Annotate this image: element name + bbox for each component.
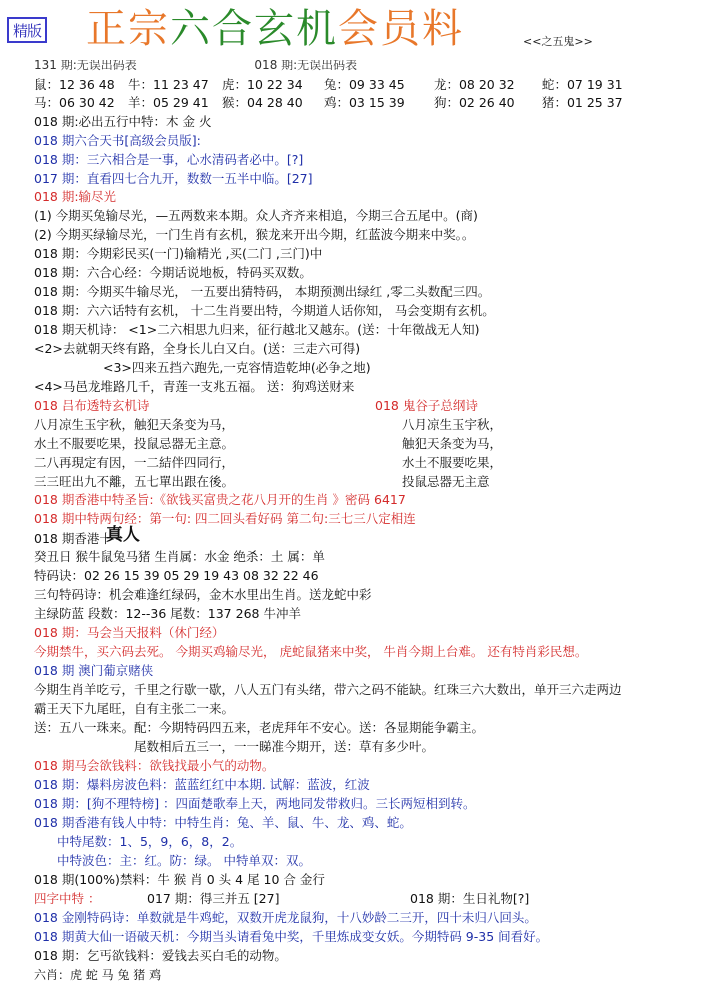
bose-line: 中特波色：主：红。防：绿。 中特单双：双。 <box>57 852 311 870</box>
edition-badge: 精版 <box>7 17 47 43</box>
lvbu-poem-2: 水土不服要吃果，投鼠忌器无主意。 <box>34 435 234 453</box>
header: 精版 正宗六合玄机会员料 <<之五鬼>> <box>0 0 702 60</box>
pujing-line-4: 尾数相后五三一，一一睇准今期开，送：草有多少叶。 <box>134 738 434 756</box>
mahui-body: 今期禁牛，买六码去死。 今期买鸡输尽光， 虎蛇鼠猪来中奖， 牛肖今期上台难。 还… <box>34 643 587 661</box>
wuxing-line: 018 期:必出五行中特：木 金 火 <box>34 113 212 131</box>
youqianren-line: 018 期香港有钱人中特：中特生肖：兔、羊、鼠、牛、龙、鸡、蛇。 <box>34 814 412 832</box>
pujing-line-2: 霸王天下九尾旺，自有主张二一来。 <box>34 700 234 718</box>
tianji-line-1: 018 期天机诗： <1>二六相思九归来，征行越北又越东。(送：十年徵战无人知) <box>34 321 479 339</box>
qigai-line: 018 期：乞丐欲钱料：爱钱去买白毛的动物。 <box>34 947 287 965</box>
table-header-left: 131 期:无误出码表 <box>34 60 137 72</box>
sizi-017: 017 期：得三并五 [27] <box>147 890 279 908</box>
liuxiao-line: 六肖：虎 蛇 马 兔 猪 鸡 <box>34 966 161 984</box>
shengzhi-line: 018 期香港中特圣旨:《欲钱买富贵之花八月开的生肖 》密码 6417 <box>34 491 406 509</box>
tianji-line-2: <2>去就朝天终有路，全身长儿白又白。(送：三走六可得) <box>34 340 360 358</box>
guiguzi-poem-1: 八月凉生玉宇秋， <box>402 416 502 434</box>
pujing-line-1: 今期生肖羊吃亏，千里之行歇一歇，八人五门有头绪，带六之码不能缺。红珠三六大数出，… <box>34 681 622 699</box>
tianshu-018: 018 期：三六相合是一事，心水清码者必中。[?] <box>34 151 303 169</box>
page-title: 正宗六合玄机会员料 <box>86 4 464 54</box>
table-header-right: 018 期:无误出码表 <box>254 60 357 72</box>
zodiac-cell: 猴：04 28 40 <box>222 94 320 112</box>
zodiac-cell: 马：06 30 42 <box>34 94 124 112</box>
huangdaxian-line: 018 期黄大仙一语破天机：今期当头请看兔中奖，千里炼成变女妖。今期特码 9-3… <box>34 928 548 946</box>
title-part-3: 会员料 <box>338 6 464 52</box>
zodiac-cell: 牛：11 23 47 <box>128 76 218 94</box>
yuqian-line: 018 期马会欲钱料：欲钱找最小气的动物。 <box>34 757 274 775</box>
tianshu-017: 017 期：直看四七合九开，数数一五半中临。[27] <box>34 170 313 188</box>
lvbu-title: 018 吕布透特玄机诗 <box>34 397 149 415</box>
guiguzi-poem-3: 水土不服要吃果， <box>402 454 502 472</box>
zodiac-cell: 虎：10 22 34 <box>222 76 320 94</box>
zodiac-cell: 兔：09 33 45 <box>324 76 430 94</box>
zodiac-cell: 蛇：07 19 31 <box>542 76 623 94</box>
tianji-line-3: <3>四来五挡六跑先,一克容情造乾坤(必争之地) <box>103 359 371 377</box>
shuqinguang-2: (2) 今期买绿输尽光，一门生肖有玄机，猴龙来开出今期，红蓝波今期来中奖。。 <box>34 226 474 244</box>
temajue-line: 特码诀：02 26 15 39 05 29 19 43 08 32 22 46 <box>34 567 319 585</box>
mahui-title: 018 期：马会当天报料（休门经） <box>34 624 224 642</box>
niu-line: 018 期：今期买牛输尽光， 一五要出猜特码， 本期预测出绿红 ,零二头数配三四… <box>34 283 490 301</box>
guiguzi-title: 018 鬼谷子总纲诗 <box>375 397 478 415</box>
zhenren-overlay: 真人 <box>106 525 140 545</box>
liuliu-line: 018 期：六六话特有玄机， 十二生肖要出特，今期道人话你知， 马会变期有玄机。 <box>34 302 495 320</box>
tianji-line-4: <4>马邑龙堆路几千，青莲一支兆五福。 送：狗鸡送财来 <box>34 378 354 396</box>
guiguzi-poem-2: 触犯天条变为马， <box>402 435 502 453</box>
table-header: 131 期:无误出码表 018 期:无误出码表 <box>34 60 357 73</box>
guiguzi-poem-4: 投鼠忌器无主意 <box>402 473 490 491</box>
jingang-line: 018 金刚特码诗：单数就是牛鸡蛇，双数开虎龙鼠狗，十八妙龄二三开，四十未归八回… <box>34 909 537 927</box>
zodiac-cell: 狗：02 26 40 <box>434 94 538 112</box>
xinjing-line: 018 期：六合心经：今期话说地板，特码买双数。 <box>34 264 312 282</box>
zodiac-cell: 羊：05 29 41 <box>128 94 218 112</box>
lvbu-poem-1: 八月凉生玉宇秋，触犯天条变为马， <box>34 416 234 434</box>
jinliao-line: 018 期(100%)禁料：牛 猴 肖 0 头 4 尾 10 合 金行 <box>34 871 325 889</box>
zodiac-cell: 猪：01 25 37 <box>542 94 623 112</box>
zhulv-line: 主绿防蓝 段数：12--36 尾数：137 268 牛冲羊 <box>34 605 301 623</box>
zodiac-row-1: 鼠：12 36 48 牛：11 23 47 虎：10 22 34 兔：09 33… <box>34 76 623 94</box>
sizi-018: 018 期：生日礼物[?] <box>410 890 529 908</box>
tianshu-title: 018 期六合天书[高级会员版]: <box>34 132 201 150</box>
shuqinguang-title: 018 期:输尽光 <box>34 188 116 206</box>
sanju-line: 三句特码诗：机会难逢红绿码，金木水里出生肖。送龙蛇中彩 <box>34 586 372 604</box>
caimin-line: 018 期：今期彩民买(一门)输精光 ,买(二门 ,三门)中 <box>34 245 322 263</box>
pujing-title: 018 期 澳门葡京赌侠 <box>34 662 153 680</box>
zhenren-line: 018 期香港十真人 <box>34 529 146 548</box>
zodiac-cell: 龙：08 20 32 <box>434 76 538 94</box>
zodiac-cell: 鼠：12 36 48 <box>34 76 124 94</box>
lvbu-poem-4: 三三旺出九不離，五七單出跟在後。 <box>34 473 234 491</box>
zodiac-row-2: 马：06 30 42 羊：05 29 41 猴：04 28 40 鸡：03 15… <box>34 94 623 112</box>
subtitle: <<之五鬼>> <box>523 33 593 49</box>
pujing-line-3: 送：五八一珠来。配：今期特码四五来，老虎拜年不安心。送：各显期能争霸主。 <box>34 719 484 737</box>
shuqinguang-1: (1) 今期买兔输尽光，—五两数来本期。众人齐齐来相追，今期三合五尾中。(商) <box>34 207 478 225</box>
baoliao-line: 018 期：爆料房波色料：蓝蓝红红中本期. 试解：蓝波，红波 <box>34 776 370 794</box>
liangju-line: 018 期中特两句经：第一句: 四二回头看好码 第二句:三七三八定相连 <box>34 510 416 528</box>
sizi-line: 四字中特 ： 017 期：得三并五 [27] 018 期：生日礼物[?] <box>34 890 100 908</box>
weishu-line: 中特尾数：1、5，9，6，8，2。 <box>57 833 242 851</box>
title-part-1: 正宗 <box>86 6 170 52</box>
title-part-2: 六合玄机 <box>170 6 338 52</box>
goubuli-line: 018 期：[狗不理特榜] ：四面楚歌奉上天，两地同发带救归。三长两短相到转。 <box>34 795 476 813</box>
zodiac-cell: 鸡：03 15 39 <box>324 94 430 112</box>
lvbu-poem-3: 二八再現定有因，一二結伴四同行， <box>34 454 234 472</box>
sizi-label: 四字中特 ： <box>34 891 100 906</box>
guichou-line: 癸丑日 猴牛鼠兔马猪 生肖属：水金 绝杀：土 属：单 <box>34 548 325 566</box>
